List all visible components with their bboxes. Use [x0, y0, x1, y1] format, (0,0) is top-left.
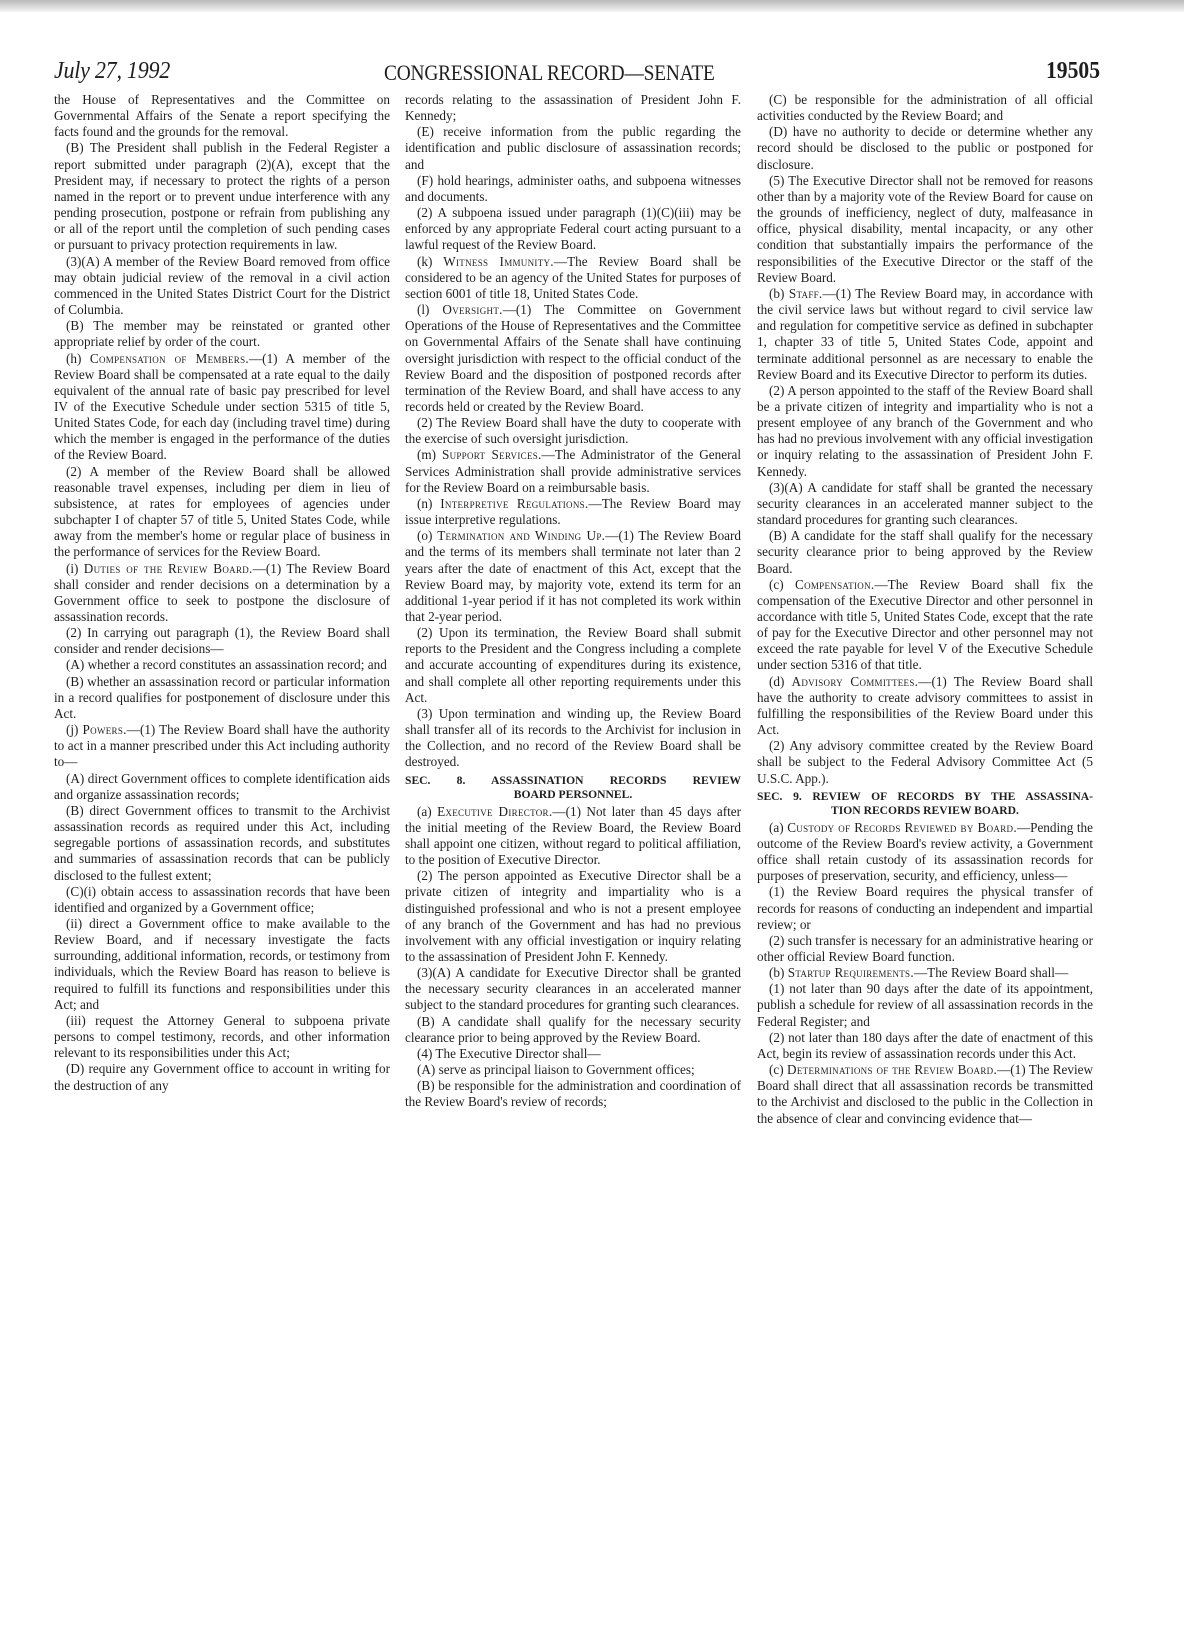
- paragraph-text: (E) receive information from the public …: [405, 124, 741, 171]
- paragraph-text: (2) A member of the Review Board shall b…: [54, 464, 390, 560]
- subsection-caption: Powers.: [83, 722, 127, 737]
- paragraph-text: (4) The Executive Director shall—: [417, 1046, 601, 1061]
- subsection-caption: Termination and Winding Up.: [437, 528, 605, 543]
- subsection-caption: Advisory Committees.: [792, 674, 919, 689]
- paragraph-text: (2) A person appointed to the staff of t…: [757, 383, 1093, 479]
- text-column-1: the House of Representatives and the Com…: [54, 92, 390, 1094]
- paragraph-text: (1) not later than 90 days after the dat…: [757, 981, 1093, 1028]
- paragraph-text: (3)(A) A candidate for Executive Directo…: [405, 965, 741, 1012]
- paragraph-text: (2) In carrying out paragraph (1), the R…: [54, 625, 390, 656]
- paragraph: (a) Custody of Records Reviewed by Board…: [757, 820, 1093, 885]
- section-heading: SEC. 9. REVIEW OF RECORDS BY THE ASSASSI…: [757, 790, 1093, 818]
- subsection-caption: Witness Immunity.: [443, 254, 554, 269]
- text-column-3: (C) be responsible for the administratio…: [757, 92, 1093, 1127]
- paragraph: (5) The Executive Director shall not be …: [757, 173, 1093, 286]
- paragraph: (2) Upon its termination, the Review Boa…: [405, 625, 741, 706]
- paragraph-text: (A) serve as principal liaison to Govern…: [417, 1062, 695, 1077]
- subsection-label: (a): [769, 820, 787, 835]
- paragraph: (1) not later than 90 days after the dat…: [757, 981, 1093, 1029]
- subsection-caption: Oversight.: [442, 302, 502, 317]
- paragraph-text: (2) not later than 180 days after the da…: [757, 1030, 1093, 1061]
- paragraph: (n) Interpretive Regulations.—The Review…: [405, 496, 741, 528]
- subsection-caption: Staff.: [789, 286, 823, 301]
- paragraph: (i) Duties of the Review Board.—(1) The …: [54, 561, 390, 626]
- subsection-label: (d): [769, 674, 792, 689]
- subsection-caption: Compensation of Members.: [90, 351, 249, 366]
- section-heading-line-1: SEC. 9. REVIEW OF RECORDS BY THE ASSASSI…: [757, 790, 1093, 804]
- paragraph-text: —(1) A member of the Review Board shall …: [54, 351, 390, 463]
- paragraph: (k) Witness Immunity.—The Review Board s…: [405, 254, 741, 302]
- paragraph: (B) A candidate for the staff shall qual…: [757, 528, 1093, 576]
- paragraph: (C) be responsible for the administratio…: [757, 92, 1093, 124]
- paragraph-text: (D) require any Government office to acc…: [54, 1061, 390, 1092]
- paragraph-text: (2) A subpoena issued under paragraph (1…: [405, 205, 741, 252]
- paragraph: (B) direct Government offices to transmi…: [54, 803, 390, 884]
- paragraph: (A) direct Government offices to complet…: [54, 771, 390, 803]
- paragraph-text: (B) be responsible for the administratio…: [405, 1078, 741, 1109]
- paragraph-text: (5) The Executive Director shall not be …: [757, 173, 1093, 285]
- paragraph-text: (C) be responsible for the administratio…: [757, 92, 1093, 123]
- paragraph: (1) the Review Board requires the physic…: [757, 884, 1093, 932]
- paragraph: (2) A subpoena issued under paragraph (1…: [405, 205, 741, 253]
- paragraph: (h) Compensation of Members.—(1) A membe…: [54, 351, 390, 464]
- paragraph: (b) Staff.—(1) The Review Board may, in …: [757, 286, 1093, 383]
- subsection-label: (n): [417, 496, 440, 511]
- paragraph-text: (D) have no authority to decide or deter…: [757, 124, 1093, 171]
- paragraph: (D) require any Government office to acc…: [54, 1061, 390, 1093]
- paragraph-text: (F) hold hearings, administer oaths, and…: [405, 173, 741, 204]
- paragraph-text: (2) The person appointed as Executive Di…: [405, 868, 741, 964]
- paragraph: the House of Representatives and the Com…: [54, 92, 390, 140]
- paragraph-text: the House of Representatives and the Com…: [54, 92, 390, 139]
- paragraph-text: (B) A candidate shall qualify for the ne…: [405, 1014, 741, 1045]
- page-header: July 27, 1992 CONGRESSIONAL RECORD—SENAT…: [54, 58, 1100, 90]
- paragraph-text: (C)(i) obtain access to assassination re…: [54, 884, 390, 915]
- paragraph-text: (2) Upon its termination, the Review Boa…: [405, 625, 741, 705]
- paragraph: (ii) direct a Government office to make …: [54, 916, 390, 1013]
- paragraph-text: (1) the Review Board requires the physic…: [757, 884, 1093, 931]
- section-heading-line-2: BOARD PERSONNEL.: [405, 788, 741, 802]
- paragraph-text: (B) direct Government offices to transmi…: [54, 803, 390, 883]
- paragraph: (2) not later than 180 days after the da…: [757, 1030, 1093, 1062]
- section-heading-line-2: TION RECORDS REVIEW BOARD.: [757, 804, 1093, 818]
- paragraph: (2) A person appointed to the staff of t…: [757, 383, 1093, 480]
- subsection-caption: Startup Requirements.: [788, 965, 914, 980]
- paragraph: (a) Executive Director.—(1) Not later th…: [405, 804, 741, 869]
- paragraph: (l) Oversight.—(1) The Committee on Gove…: [405, 302, 741, 415]
- subsection-label: (c): [769, 577, 795, 592]
- subsection-caption: Determinations of the Review Board.: [787, 1062, 997, 1077]
- paragraph: (3)(A) A candidate for staff shall be gr…: [757, 480, 1093, 528]
- paragraph-text: (ii) direct a Government office to make …: [54, 916, 390, 1012]
- paragraph: (2) The person appointed as Executive Di…: [405, 868, 741, 965]
- subsection-caption: Interpretive Regulations.: [440, 496, 588, 511]
- paragraph-text: (iii) request the Attorney General to su…: [54, 1013, 390, 1060]
- paragraph-text: (3)(A) A candidate for staff shall be gr…: [757, 480, 1093, 527]
- paragraph: (B) A candidate shall qualify for the ne…: [405, 1014, 741, 1046]
- paragraph-text: (B) whether an assassination record or p…: [54, 674, 390, 721]
- section-heading: SEC. 8. ASSASSINATION RECORDS REVIEWBOAR…: [405, 774, 741, 802]
- paragraph: (2) In carrying out paragraph (1), the R…: [54, 625, 390, 657]
- paragraph: (A) whether a record constitutes an assa…: [54, 657, 390, 673]
- subsection-label: (k): [417, 254, 443, 269]
- paragraph-text: (2) Any advisory committee created by th…: [757, 738, 1093, 785]
- paragraph-text: (2) such transfer is necessary for an ad…: [757, 933, 1093, 964]
- paragraph-text: —The Review Board shall—: [914, 965, 1068, 980]
- subsection-caption: Executive Director.: [437, 804, 552, 819]
- paragraph: (A) serve as principal liaison to Govern…: [405, 1062, 741, 1078]
- paragraph: (2) The Review Board shall have the duty…: [405, 415, 741, 447]
- paragraph: (b) Startup Requirements.—The Review Boa…: [757, 965, 1093, 981]
- paragraph-text: (A) whether a record constitutes an assa…: [66, 657, 387, 672]
- paragraph: (c) Determinations of the Review Board.—…: [757, 1062, 1093, 1127]
- paragraph: (D) have no authority to decide or deter…: [757, 124, 1093, 172]
- subsection-caption: Duties of the Review Board.: [84, 561, 253, 576]
- paragraph: (B) whether an assassination record or p…: [54, 674, 390, 722]
- paragraph-text: (A) direct Government offices to complet…: [54, 771, 390, 802]
- text-column-2: records relating to the assassination of…: [405, 92, 741, 1111]
- paragraph: (B) be responsible for the administratio…: [405, 1078, 741, 1110]
- paragraph: (3)(A) A member of the Review Board remo…: [54, 254, 390, 319]
- paragraph: (o) Termination and Winding Up.—(1) The …: [405, 528, 741, 625]
- paragraph: records relating to the assassination of…: [405, 92, 741, 124]
- header-date: July 27, 1992: [54, 58, 170, 85]
- paragraph: (d) Advisory Committees.—(1) The Review …: [757, 674, 1093, 739]
- subsection-label: (h): [66, 351, 90, 366]
- scan-edge-shadow: [0, 0, 1184, 12]
- subsection-label: (i): [66, 561, 84, 576]
- paragraph: (2) Any advisory committee created by th…: [757, 738, 1093, 786]
- paragraph-text: (B) The member may be reinstated or gran…: [54, 318, 390, 349]
- paragraph: (3) Upon termination and winding up, the…: [405, 706, 741, 771]
- paragraph: (c) Compensation.—The Review Board shall…: [757, 577, 1093, 674]
- subsection-caption: Support Services.: [442, 447, 542, 462]
- paragraph-text: (B) The President shall publish in the F…: [54, 140, 390, 252]
- subsection-caption: Custody of Records Reviewed by Board.: [787, 820, 1017, 835]
- subsection-label: (b): [769, 965, 788, 980]
- paragraph: (j) Powers.—(1) The Review Board shall h…: [54, 722, 390, 770]
- paragraph: (B) The President shall publish in the F…: [54, 140, 390, 253]
- subsection-label: (a): [417, 804, 437, 819]
- paragraph-text: records relating to the assassination of…: [405, 92, 741, 123]
- subsection-caption: Compensation.: [795, 577, 875, 592]
- header-page-number: 19505: [1046, 58, 1100, 85]
- paragraph: (iii) request the Attorney General to su…: [54, 1013, 390, 1061]
- paragraph: (4) The Executive Director shall—: [405, 1046, 741, 1062]
- paragraph-text: (3)(A) A member of the Review Board remo…: [54, 254, 390, 317]
- subsection-label: (j): [66, 722, 83, 737]
- paragraph-text: —(1) The Committee on Government Operati…: [405, 302, 741, 414]
- subsection-label: (b): [769, 286, 789, 301]
- paragraph: (2) such transfer is necessary for an ad…: [757, 933, 1093, 965]
- header-publication-title: CONGRESSIONAL RECORD—SENATE: [384, 60, 715, 86]
- paragraph: (C)(i) obtain access to assassination re…: [54, 884, 390, 916]
- paragraph-text: (2) The Review Board shall have the duty…: [405, 415, 741, 446]
- subsection-label: (l): [417, 302, 442, 317]
- paragraph: (F) hold hearings, administer oaths, and…: [405, 173, 741, 205]
- paragraph: (m) Support Services.—The Administrator …: [405, 447, 741, 495]
- paragraph-text: (3) Upon termination and winding up, the…: [405, 706, 741, 769]
- paragraph: (B) The member may be reinstated or gran…: [54, 318, 390, 350]
- section-heading-line-1: SEC. 8. ASSASSINATION RECORDS REVIEW: [405, 774, 741, 788]
- paragraph: (2) A member of the Review Board shall b…: [54, 464, 390, 561]
- subsection-label: (c): [769, 1062, 787, 1077]
- subsection-label: (m): [417, 447, 442, 462]
- subsection-label: (o): [417, 528, 437, 543]
- paragraph: (E) receive information from the public …: [405, 124, 741, 172]
- paragraph-text: (B) A candidate for the staff shall qual…: [757, 528, 1093, 575]
- paragraph: (3)(A) A candidate for Executive Directo…: [405, 965, 741, 1013]
